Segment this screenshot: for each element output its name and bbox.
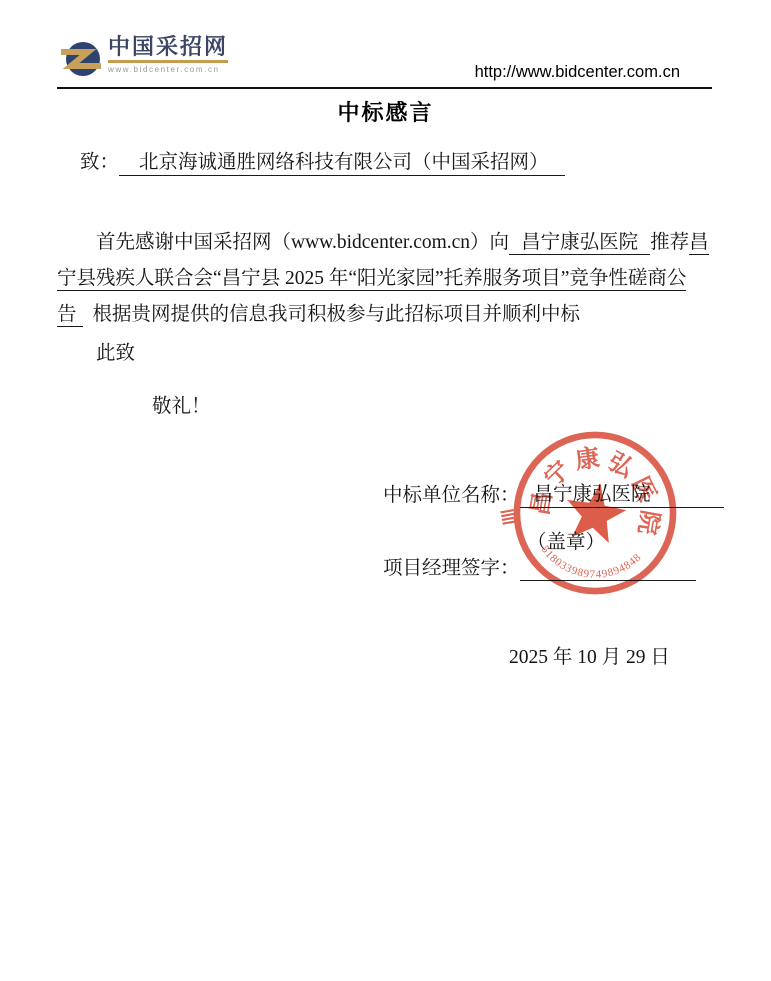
stamp-char: 康 [574,444,602,475]
logo-globe-icon [57,35,105,85]
project-name-start: 昌 [689,232,709,255]
body-text: 首先感谢中国采招网（www.bidcenter.com.cn）向 [96,232,509,253]
salutation-label: 致： [80,152,119,173]
salutation-line: 致：北京海诚通胜网络科技有限公司（中国采招网） [80,146,565,174]
body-text: 推荐 [650,232,689,253]
project-name-middle: 宁县残疾人联合会“昌宁县 2025 年“阳光家园”托养服务项目”竞争性磋商公 [57,268,686,291]
logo-brand-text: 中国采招网 [108,35,228,59]
stamp-char: 宁 [539,456,575,492]
page-title: 中标感言 [0,96,771,127]
stamp-char: 院 [633,508,664,536]
stamp-barcode-mark [500,509,515,525]
logo-site-text: www.bidcenter.com.cn [108,65,228,74]
company-seal-stamp: 昌 宁 康 弘 医 院 518033989749894848 [512,430,678,596]
letter-body: 首先感谢中国采招网（www.bidcenter.com.cn）向昌宁康弘医院推荐… [57,225,725,333]
document-date: 2025 年 10 月 29 日 [509,641,670,669]
site-logo: 中国采招网 www.bidcenter.com.cn [57,35,228,85]
stamp-char: 弘 [603,448,638,484]
stamp-char: 医 [626,473,661,506]
winning-unit-label: 中标单位名称： [383,485,520,506]
body-text: 根据贵网提供的信息我司积极参与此招标项目并顺利中标 [93,304,581,325]
body-line-1: 首先感谢中国采招网（www.bidcenter.com.cn）向昌宁康弘医院推荐… [57,225,725,261]
stamp-char: 昌 [526,489,557,517]
manager-signature-label: 项目经理签字： [383,558,520,579]
header-divider [57,87,712,89]
stamp-star-icon [561,478,630,545]
awardee-name-inline: 昌宁康弘医院 [509,232,650,255]
logo-underline-bar [108,60,228,63]
closing-jingli: 敬礼！ [152,390,211,418]
document-page: 中国采招网 www.bidcenter.com.cn http://www.bi… [0,0,771,981]
stamp-code-text: 518033989749894848 [539,544,644,581]
body-line-2: 宁县残疾人联合会“昌宁县 2025 年“阳光家园”托养服务项目”竞争性磋商公 [57,261,725,297]
header-url: http://www.bidcenter.com.cn [475,63,680,82]
closing-cizhi: 此致 [96,337,135,365]
project-name-end: 告 [57,304,83,327]
body-line-3: 告根据贵网提供的信息我司积极参与此招标项目并顺利中标 [57,297,725,333]
recipient-name: 北京海诚通胜网络科技有限公司（中国采招网） [119,152,565,176]
